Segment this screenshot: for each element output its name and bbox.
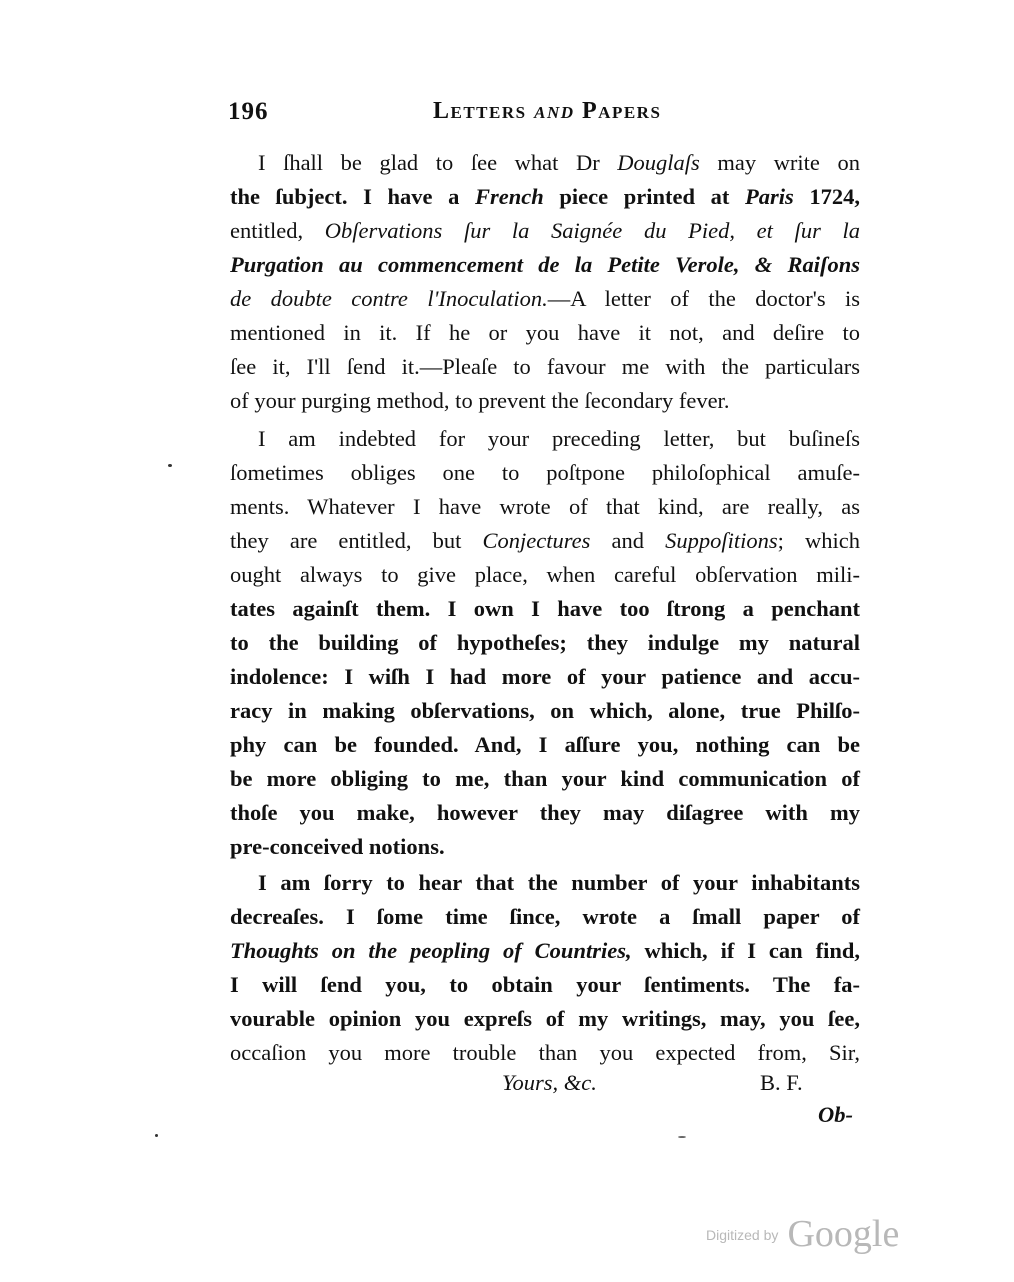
italic-title-c: de doubte contre l'Inoculation. — [230, 286, 548, 311]
text-line: vourable opinion you expreſs of my writi… — [230, 1004, 860, 1034]
text-line: de doubte contre l'Inoculation.—A letter… — [230, 284, 860, 314]
text-line: phy can be founded. And, I aſſure you, n… — [230, 730, 860, 760]
page-header: 196 Letters and Papers — [228, 96, 788, 136]
running-head: Letters and Papers — [433, 98, 661, 125]
text-line: decreaſes. I ſome time ſince, wrote a ſm… — [230, 902, 860, 932]
text-line: I am ſorry to hear that the number of yo… — [258, 868, 860, 898]
digitized-by-google-watermark: Digitized by Google — [706, 1212, 899, 1256]
running-head-papers: Papers — [582, 98, 661, 124]
italic-thoughts-title: Thoughts on the peopling of Countries, — [230, 938, 632, 963]
text-line: thoſe you make, however they may diſagre… — [230, 798, 860, 828]
scan-speck — [168, 464, 172, 467]
text-line: ſometimes obliges one to poſtpone philoſ… — [230, 458, 860, 488]
text-line: they are entitled, but Conjectures and S… — [230, 526, 860, 556]
text-line: I will ſend you, to obtain your ſentimen… — [230, 970, 860, 1000]
text-line: of your purging method, to prevent the ſ… — [230, 386, 860, 416]
text-line: tates againſt them. I own I have too ſtr… — [230, 594, 860, 624]
italic-paris: Paris — [745, 184, 794, 209]
watermark-prefix: Digitized by — [706, 1227, 778, 1243]
text-line: be more obliging to me, than your kind c… — [230, 764, 860, 794]
text-line: occaſion you more trouble than you expec… — [230, 1038, 860, 1068]
italic-suppositions: Suppoſitions — [665, 528, 778, 553]
italic-conjectures: Conjectures — [483, 528, 591, 553]
running-head-and: and — [534, 98, 574, 124]
google-logo-text: Google — [787, 1213, 899, 1255]
text-line: the ſubject. I have a French piece print… — [230, 182, 860, 212]
book-page: 196 Letters and Papers I ſhall be glad t… — [0, 0, 1014, 1282]
text-line: Purgation au commencement de la Petite V… — [230, 250, 860, 280]
italic-title-a: Obſervations ſur la Saignée du Pied, et … — [325, 218, 860, 243]
running-head-letters: Letters — [433, 98, 527, 124]
text-line: entitled, Obſervations ſur la Saignée du… — [230, 216, 860, 246]
italic-douglass: Douglaſs — [617, 150, 700, 175]
text-line: mentioned in it. If he or you have it no… — [230, 318, 860, 348]
text-line: to the building of hypotheſes; they indu… — [230, 628, 860, 658]
text-line: pre-conceived notions. — [230, 832, 860, 862]
signature-initials: B. F. — [760, 1070, 803, 1096]
text-line: ſee it, I'll ſend it.—Pleaſe to favour m… — [230, 352, 860, 382]
italic-french: French — [475, 184, 544, 209]
text-line: ments. Whatever I have wrote of that kin… — [230, 492, 860, 522]
text-line: indolence: I wiſh I had more of your pat… — [230, 662, 860, 692]
catchword: Ob- — [818, 1102, 853, 1128]
scan-speck — [155, 1134, 158, 1137]
text-line: Thoughts on the peopling of Countries, w… — [230, 936, 860, 966]
text-line: racy in making obſervations, on which, a… — [230, 696, 860, 726]
text-line: I am indebted for your preceding letter,… — [258, 424, 860, 454]
text-line: ought always to give place, when careful… — [230, 560, 860, 590]
valediction: Yours, &c. — [502, 1070, 597, 1096]
text-line: I ſhall be glad to ſee what Dr Douglaſs … — [258, 148, 860, 178]
page-number: 196 — [228, 98, 269, 126]
scan-speck — [678, 1136, 686, 1138]
